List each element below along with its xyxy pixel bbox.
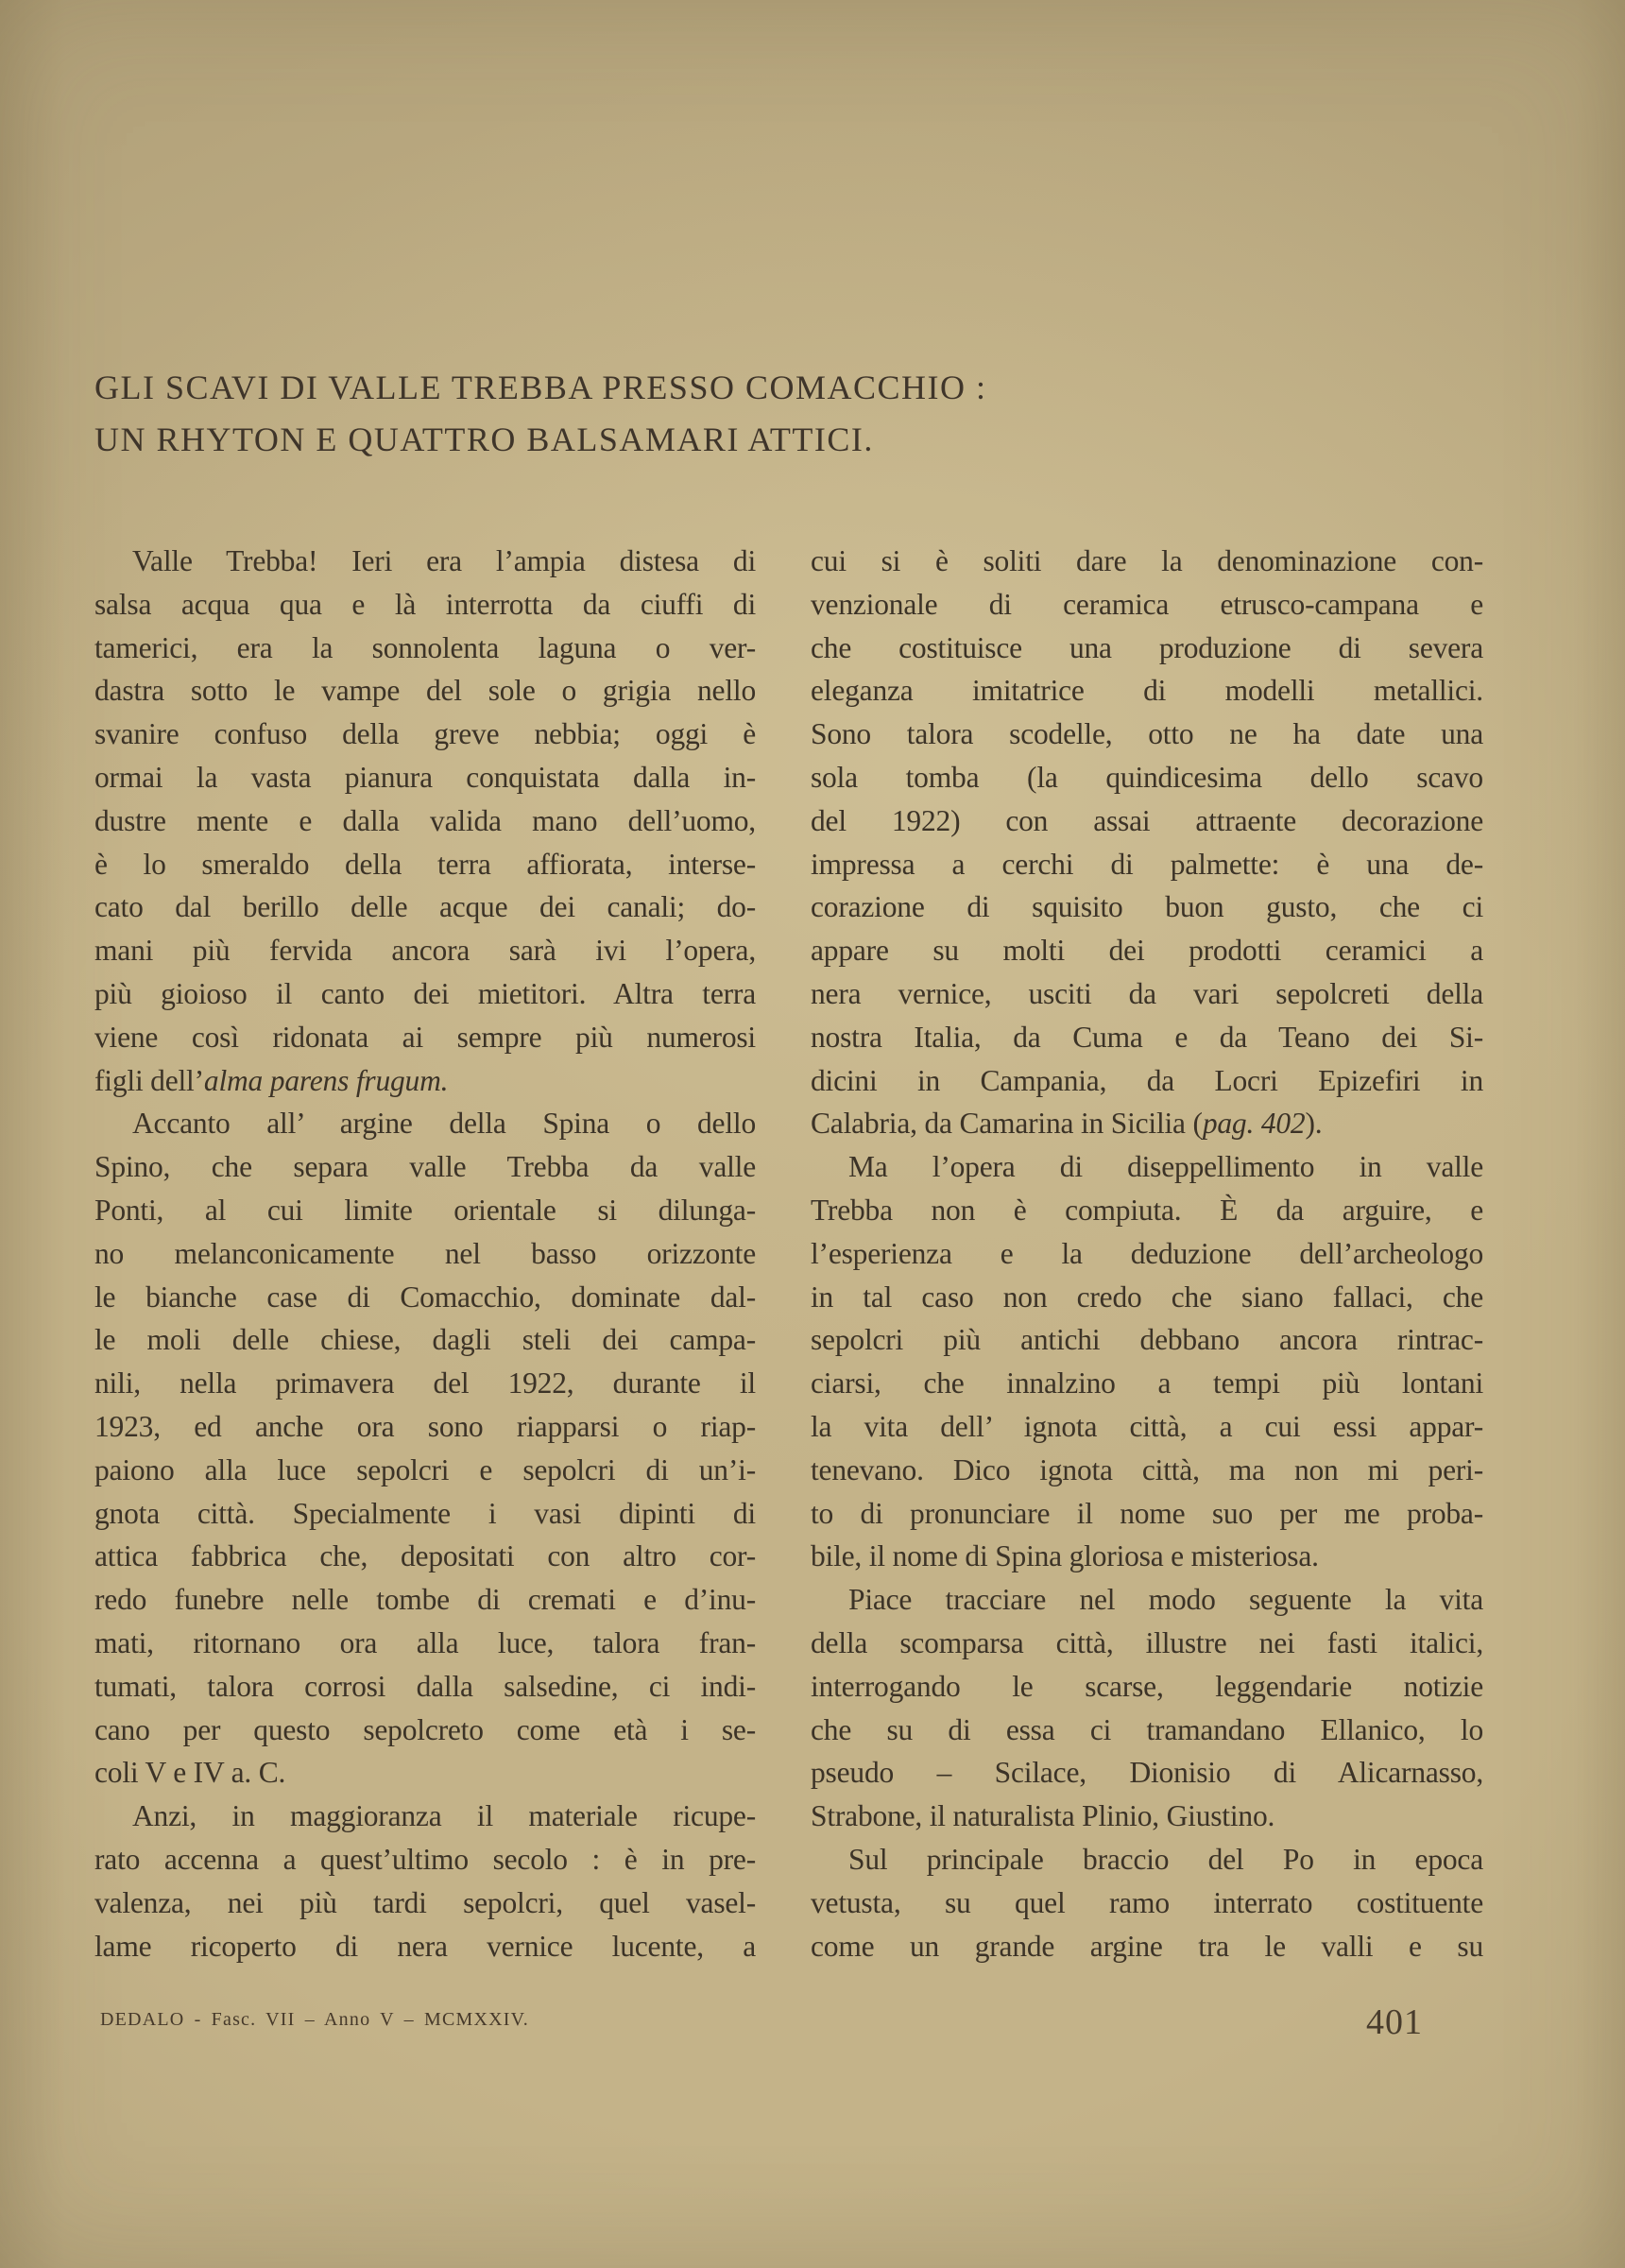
text-line: redo funebre nelle tombe di cremati e d’…: [94, 1578, 756, 1622]
text-line: dastra sotto le vampe del sole o grigia …: [94, 669, 756, 713]
article-title: GLI SCAVI DI VALLE TREBBA PRESSO COMACCH…: [94, 362, 986, 466]
text-line: Anzi, in maggioranza il materiale ricupe…: [94, 1795, 756, 1838]
text-line: che su di essa ci tramandano Ellanico, l…: [811, 1709, 1483, 1752]
article-title-line-2: UN RHYTON E QUATTRO BALSAMARI ATTICI.: [94, 414, 986, 466]
text-line: cui si è soliti dare la denominazione co…: [811, 540, 1483, 583]
text-line: 1923, ed anche ora sono riapparsi o riap…: [94, 1405, 756, 1449]
text-line: attica fabbrica che, depositati con altr…: [94, 1535, 756, 1578]
text-line: Piace tracciare nel modo seguente la vit…: [811, 1578, 1483, 1622]
text-line: come un grande argine tra le valli e su: [811, 1925, 1483, 1968]
text-line: Ponti, al cui limite orientale si dilung…: [94, 1189, 756, 1232]
text-line: venzionale di ceramica etrusco-campana e: [811, 583, 1483, 627]
text-line: tumati, talora corrosi dalla salsedine, …: [94, 1665, 756, 1709]
text-line: Spino, che separa valle Trebba da valle: [94, 1145, 756, 1189]
text-line: impressa a cerchi di palmette: è una de-: [811, 843, 1483, 886]
text-line: mati, ritornano ora alla luce, talora fr…: [94, 1622, 756, 1665]
text-line: Ma l’opera di diseppellimento in valle: [811, 1145, 1483, 1189]
text-line: figli dell’alma parens frugum.: [94, 1059, 756, 1103]
text-line: no melanconicamente nel basso orizzonte: [94, 1232, 756, 1276]
text-line: del 1922) con assai attraente decorazion…: [811, 799, 1483, 843]
text-line: valenza, nei più tardi sepolcri, quel va…: [94, 1881, 756, 1925]
text-line: interrogando le scarse, leggendarie noti…: [811, 1665, 1483, 1709]
text-line: più gioioso il canto dei mietitori. Altr…: [94, 972, 756, 1016]
text-line: cano per questo sepolcreto come età i se…: [94, 1709, 756, 1752]
text-line: della scomparsa città, illustre nei fast…: [811, 1622, 1483, 1665]
text-line: viene così ridonata ai sempre più numero…: [94, 1016, 756, 1059]
text-line: in tal caso non credo che siano fallaci,…: [811, 1276, 1483, 1319]
text-line: dicini in Campania, da Locri Epizefiri i…: [811, 1059, 1483, 1103]
text-line: è lo smeraldo della terra affiorata, int…: [94, 843, 756, 886]
text-line: corazione di squisito buon gusto, che ci: [811, 885, 1483, 929]
text-line: l’esperienza e la deduzione dell’archeol…: [811, 1232, 1483, 1276]
text-line: pseudo – Scilace, Dionisio di Alicarnass…: [811, 1751, 1483, 1795]
footer-imprint: DEDALO - Fasc. VII – Anno V – MCMXXIV.: [100, 2009, 529, 2031]
text-line: la vita dell’ ignota città, a cui essi a…: [811, 1405, 1483, 1449]
text-line: vetusta, su quel ramo interrato costitue…: [811, 1881, 1483, 1925]
right-text-column: cui si è soliti dare la denominazione co…: [811, 540, 1483, 1967]
text-line: nera vernice, usciti da vari sepolcreti …: [811, 972, 1483, 1016]
left-text-column: Valle Trebba! Ieri era l’ampia distesa d…: [94, 540, 756, 1967]
text-line: eleganza imitatrice di modelli metallici…: [811, 669, 1483, 713]
text-line: Accanto all’ argine della Spina o dello: [94, 1102, 756, 1145]
text-line: gnota città. Specialmente i vasi dipinti…: [94, 1492, 756, 1536]
text-line: paiono alla luce sepolcri e sepolcri di …: [94, 1449, 756, 1492]
text-line: lame ricoperto di nera vernice lucente, …: [94, 1925, 756, 1968]
text-line: che costituisce una produzione di severa: [811, 627, 1483, 670]
text-line: salsa acqua qua e là interrotta da ciuff…: [94, 583, 756, 627]
article-title-line-1: GLI SCAVI DI VALLE TREBBA PRESSO COMACCH…: [94, 362, 986, 414]
text-line: bile, il nome di Spina gloriosa e mister…: [811, 1535, 1483, 1578]
text-line: nostra Italia, da Cuma e da Teano dei Si…: [811, 1016, 1483, 1059]
text-line: Valle Trebba! Ieri era l’ampia distesa d…: [94, 540, 756, 583]
text-line: dustre mente e dalla valida mano dell’uo…: [94, 799, 756, 843]
text-line: Sul principale braccio del Po in epoca: [811, 1838, 1483, 1881]
document-page: GLI SCAVI DI VALLE TREBBA PRESSO COMACCH…: [0, 0, 1625, 2268]
text-line: tamerici, era la sonnolenta laguna o ver…: [94, 627, 756, 670]
page-number: 401: [1366, 2002, 1423, 2043]
text-line: le moli delle chiese, dagli steli dei ca…: [94, 1318, 756, 1362]
text-line: Sono talora scodelle, otto ne ha date un…: [811, 713, 1483, 756]
text-line: ormai la vasta pianura conquistata dalla…: [94, 756, 756, 799]
text-line: svanire confuso della greve nebbia; oggi…: [94, 713, 756, 756]
text-line: coli V e IV a. C.: [94, 1751, 756, 1795]
text-line: nili, nella primavera del 1922, durante …: [94, 1362, 756, 1405]
text-line: Calabria, da Camarina in Sicilia (pag. 4…: [811, 1102, 1483, 1145]
text-line: to di pronunciare il nome suo per me pro…: [811, 1492, 1483, 1536]
text-line: appare su molti dei prodotti ceramici a: [811, 929, 1483, 972]
text-line: Strabone, il naturalista Plinio, Giustin…: [811, 1795, 1483, 1838]
text-line: cato dal berillo delle acque dei canali;…: [94, 885, 756, 929]
text-line: sepolcri più antichi debbano ancora rint…: [811, 1318, 1483, 1362]
text-line: sola tomba (la quindicesima dello scavo: [811, 756, 1483, 799]
text-line: rato accenna a quest’ultimo secolo : è i…: [94, 1838, 756, 1881]
text-line: tenevano. Dico ignota città, ma non mi p…: [811, 1449, 1483, 1492]
text-line: mani più fervida ancora sarà ivi l’opera…: [94, 929, 756, 972]
text-line: Trebba non è compiuta. È da arguire, e: [811, 1189, 1483, 1232]
text-line: le bianche case di Comacchio, dominate d…: [94, 1276, 756, 1319]
text-line: ciarsi, che innalzino a tempi più lontan…: [811, 1362, 1483, 1405]
